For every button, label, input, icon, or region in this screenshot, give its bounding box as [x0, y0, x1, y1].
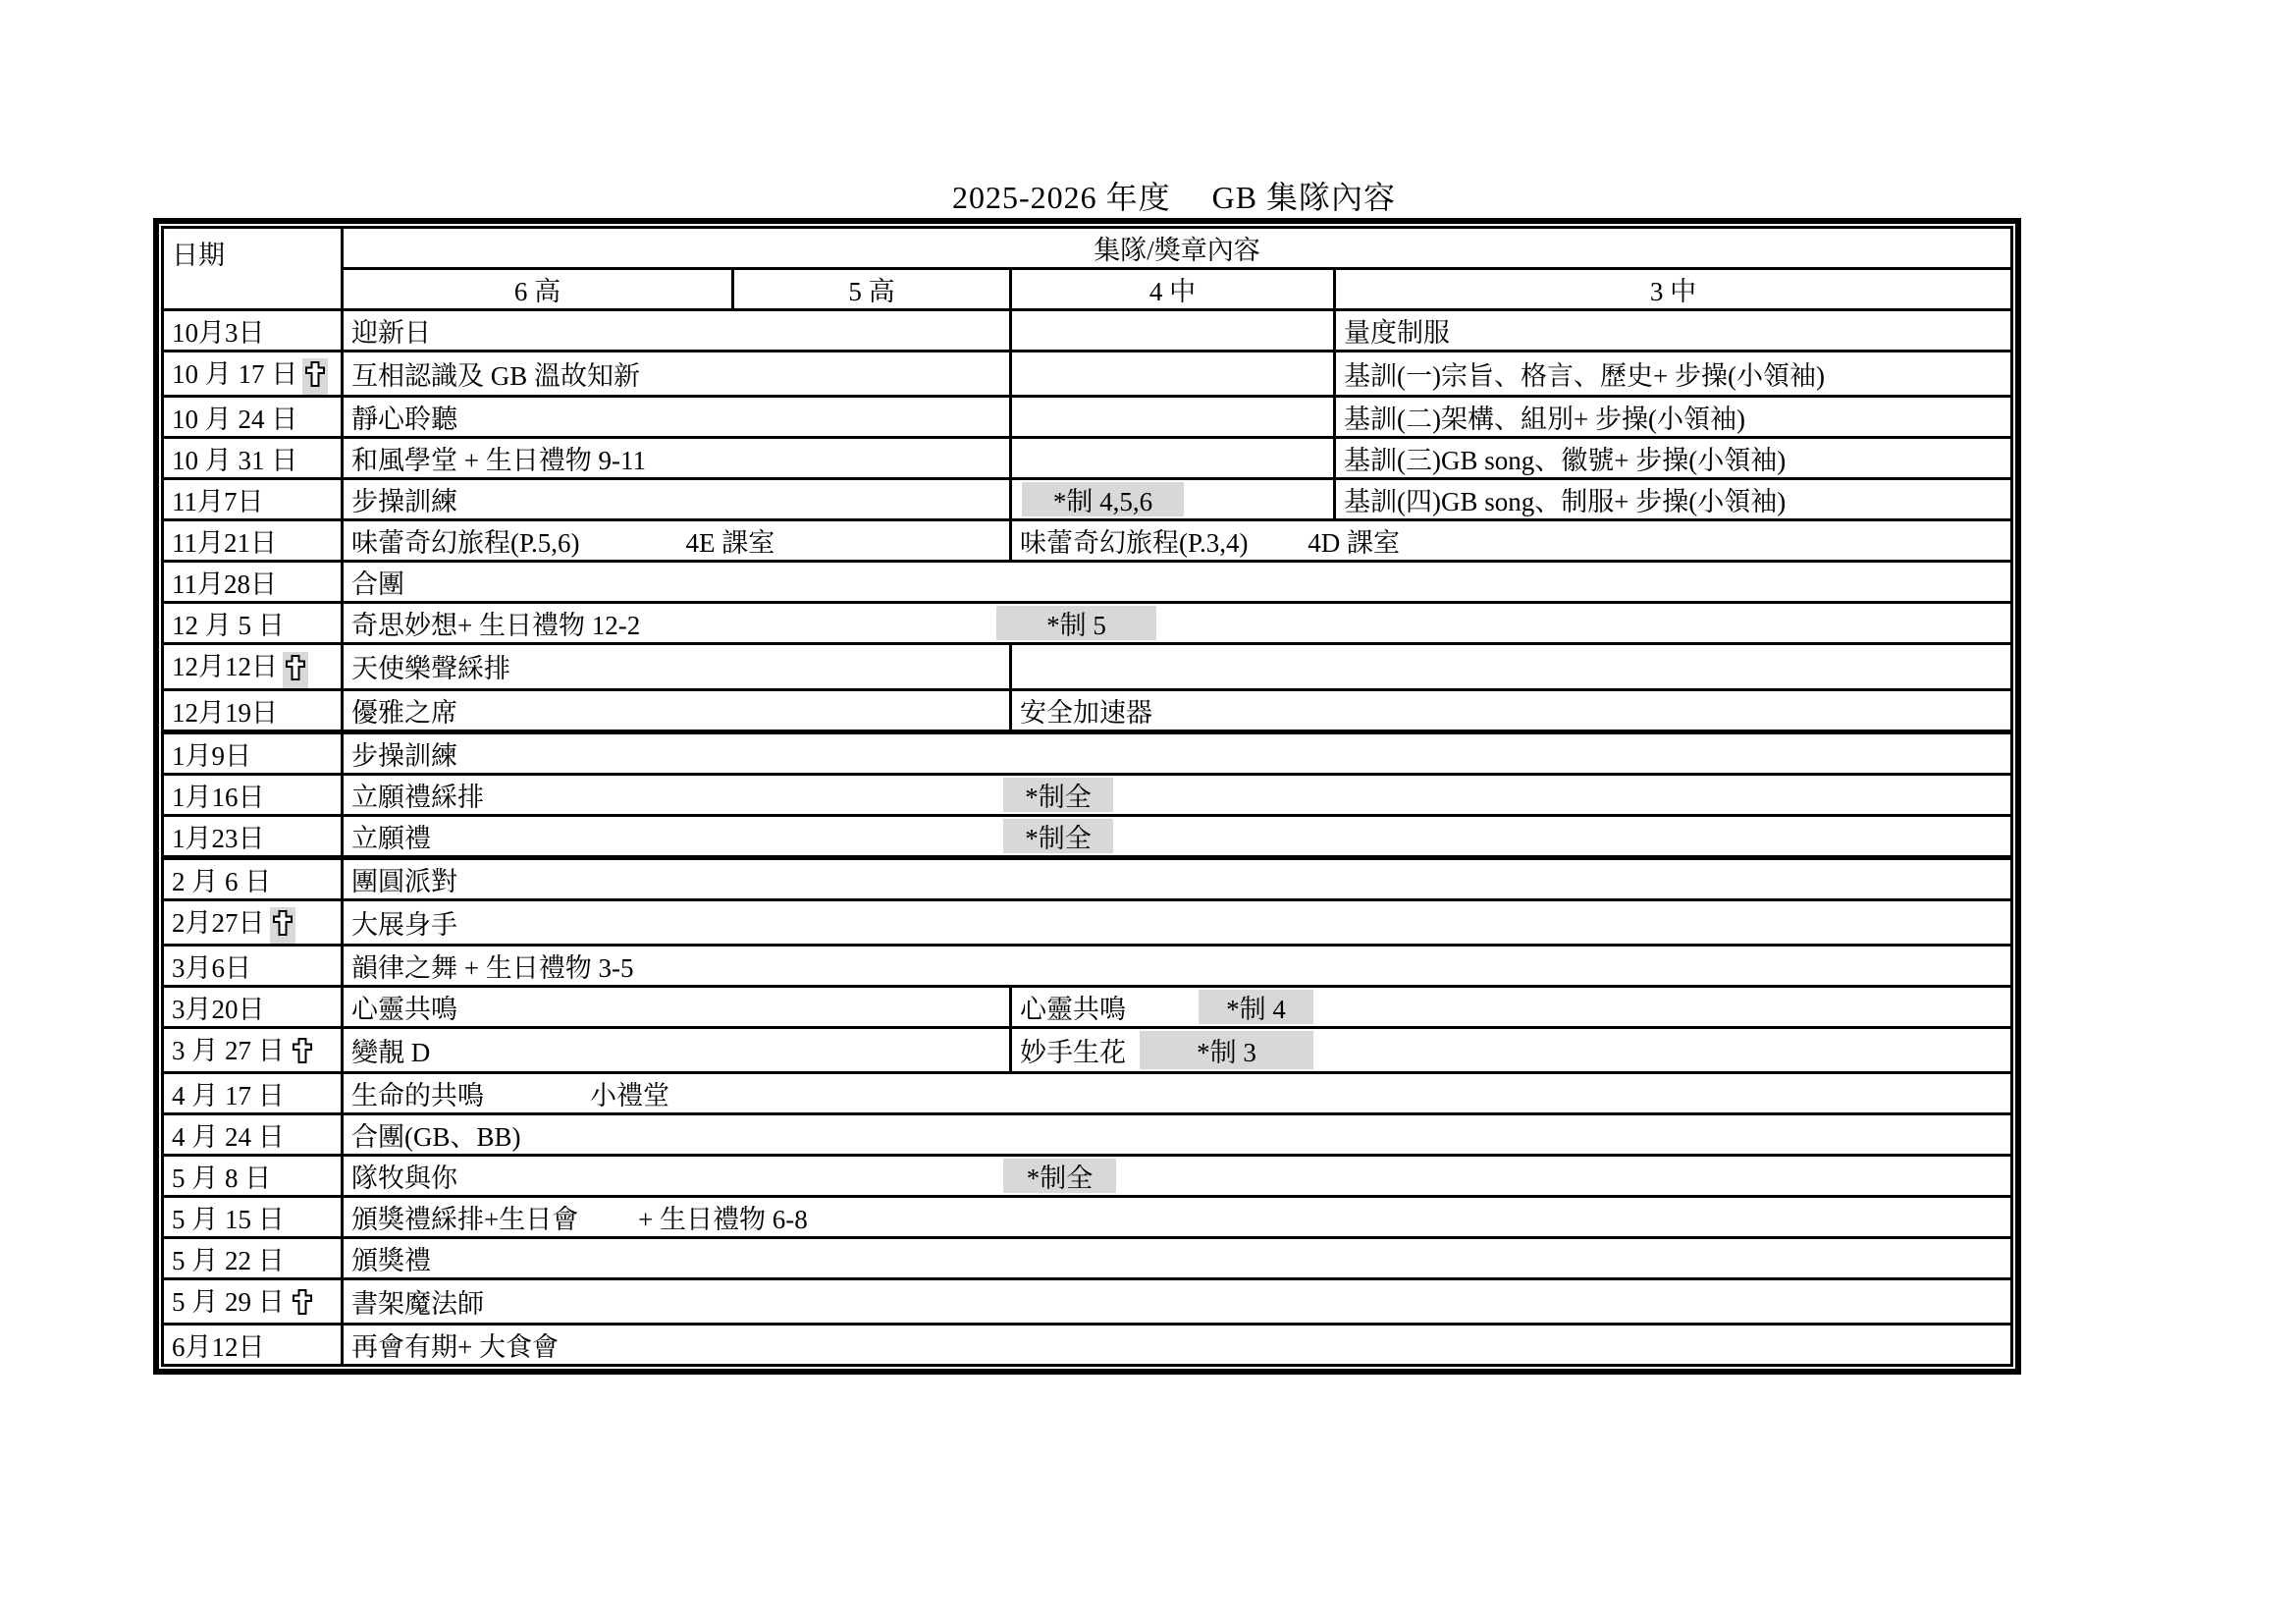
content-cell: 步操訓練 [343, 731, 2012, 774]
date-cell: 4 月 24 日 [163, 1114, 343, 1156]
date-cell: 1月23日 [163, 815, 343, 857]
uniform-highlight: *制 3 [1140, 1031, 1313, 1069]
table-row: 5 月 22 日頒獎禮 [163, 1238, 2012, 1279]
date-cell: 10 月 31 日 [163, 438, 343, 479]
date-text: 10月3日 [172, 318, 265, 348]
content-cell: 頒獎禮綵排+生日會 + 生日禮物 6-8 [343, 1197, 2012, 1238]
cell-text: 基訓(二)架構、組別+ 步操(小領袖) [1344, 405, 1745, 434]
date-cell: 3 月 27 日 [163, 1027, 343, 1072]
content-cell: 優雅之席 [343, 689, 1011, 731]
cell-text: 基訓(四)GB song、制服+ 步操(小領袖) [1344, 487, 1786, 516]
date-text: 3月6日 [172, 953, 251, 983]
group-header-5s: 5 高 [733, 269, 1011, 310]
cell-text: 迎新日 [351, 318, 431, 348]
date-cell: 10 月 24 日 [163, 397, 343, 438]
group-header-4m: 4 中 [1011, 269, 1335, 310]
table-row: 11月7日步操訓練*制 4,5,6基訓(四)GB song、制服+ 步操(小領袖… [163, 479, 2012, 520]
content-cell: 味蕾奇幻旅程(P.3,4) 4D 課室 [1011, 520, 2012, 562]
table-row: 2月27日大展身手 [163, 899, 2012, 945]
group-header-6s: 6 高 [343, 269, 733, 310]
date-cell: 10月3日 [163, 310, 343, 352]
group-header-3m: 3 中 [1335, 269, 2012, 310]
cross-badge [290, 1035, 315, 1071]
cell-text: 生命的共鳴 小禮堂 [351, 1081, 669, 1110]
date-text: 10 月 31 日 [172, 446, 297, 475]
cell-text: 韻律之舞 + 生日禮物 3-5 [351, 953, 633, 983]
date-cell: 3月6日 [163, 945, 343, 986]
content-header: 集隊/獎章內容 [343, 228, 2012, 269]
date-text: 3 月 27 日 [172, 1036, 285, 1065]
date-cell: 6月12日 [163, 1325, 343, 1366]
table-row: 1月9日步操訓練 [163, 731, 2012, 774]
cross-icon [293, 1289, 312, 1315]
cell-text: 頒獎禮 [351, 1246, 431, 1275]
table-row: 12月19日優雅之席安全加速器 [163, 689, 2012, 731]
cell-text: 步操訓練 [351, 487, 457, 516]
date-text: 10 月 17 日 [172, 359, 297, 389]
date-cell: 11月28日 [163, 562, 343, 603]
content-cell: 書架魔法師 [343, 1279, 2012, 1325]
table-row: 4 月 24 日合團(GB、BB) [163, 1114, 2012, 1156]
content-cell: 合團 [343, 562, 2012, 603]
date-text: 1月23日 [172, 824, 265, 853]
table-row: 2 月 6 日團圓派對 [163, 857, 2012, 899]
date-text: 1月16日 [172, 783, 265, 812]
date-text: 12月12日 [172, 652, 278, 681]
content-cell [1011, 644, 2012, 689]
cell-text: 步操訓練 [351, 741, 457, 771]
content-cell: 頒獎禮 [343, 1238, 2012, 1279]
table-row: 6月12日再會有期+ 大食會 [163, 1325, 2012, 1366]
cell-text: 團圓派對 [351, 867, 457, 896]
cross-icon [286, 655, 305, 680]
cross-badge [302, 358, 328, 395]
content-cell: 基訓(四)GB song、制服+ 步操(小領袖) [1335, 479, 2012, 520]
content-cell: 靜心聆聽 [343, 397, 1011, 438]
cell-text: 變靚 D [351, 1038, 430, 1067]
cell-text: 量度制服 [1344, 318, 1450, 348]
content-cell: 步操訓練 [343, 479, 1011, 520]
cell-text: 立願禮 [351, 824, 431, 853]
date-text: 2月27日 [172, 908, 265, 938]
table-row: 11月21日味蕾奇幻旅程(P.5,6) 4E 課室味蕾奇幻旅程(P.3,4) 4… [163, 520, 2012, 562]
content-cell: 基訓(一)宗旨、格言、歷史+ 步操(小領袖) [1335, 352, 2012, 397]
cell-text: 立願禮綵排 [351, 783, 484, 812]
uniform-highlight: *制 4 [1199, 990, 1313, 1024]
uniform-highlight: *制 5 [996, 606, 1156, 640]
date-cell: 3月20日 [163, 986, 343, 1027]
cell-text: 和風學堂 + 生日禮物 9-11 [351, 446, 646, 475]
content-cell: 立願禮綵排*制全 [343, 774, 2012, 815]
content-cell: 安全加速器 [1011, 689, 2012, 731]
table-row: 10 月 24 日靜心聆聽基訓(二)架構、組別+ 步操(小領袖) [163, 397, 2012, 438]
content-cell: 隊牧與你*制全 [343, 1156, 2012, 1197]
table-row: 11月28日合團 [163, 562, 2012, 603]
schedule-table: 日期 集隊/獎章內容 6 高 5 高 4 中 3 中 10月3日迎新日量度制服1… [161, 226, 2013, 1367]
header-row-1: 日期 集隊/獎章內容 [163, 228, 2012, 269]
table-row: 10 月 17 日互相認識及 GB 溫故知新基訓(一)宗旨、格言、歷史+ 步操(… [163, 352, 2012, 397]
content-cell: 心靈共鳴*制 4 [1011, 986, 2012, 1027]
table-row: 5 月 8 日隊牧與你*制全 [163, 1156, 2012, 1197]
cell-text: 書架魔法師 [351, 1289, 484, 1319]
date-text: 5 月 22 日 [172, 1246, 285, 1275]
content-cell: 大展身手 [343, 899, 2012, 945]
content-cell: 互相認識及 GB 溫故知新 [343, 352, 1011, 397]
content-cell: 再會有期+ 大食會 [343, 1325, 2012, 1366]
document-page: 2025-2026 年度 GB 集隊內容 日期 集隊/獎章內容 6 高 5 高 … [0, 0, 2296, 1624]
content-cell: 量度制服 [1335, 310, 2012, 352]
cell-text: 妙手生花 [1020, 1038, 1126, 1067]
table-row: 12月12日天使樂聲綵排 [163, 644, 2012, 689]
cell-text: 味蕾奇幻旅程(P.5,6) 4E 課室 [351, 528, 774, 558]
content-cell [1011, 397, 1335, 438]
date-cell: 10 月 17 日 [163, 352, 343, 397]
schedule-table-frame: 日期 集隊/獎章內容 6 高 5 高 4 中 3 中 10月3日迎新日量度制服1… [153, 218, 2021, 1375]
cell-text: 味蕾奇幻旅程(P.3,4) 4D 課室 [1020, 528, 1400, 558]
table-row: 12 月 5 日奇思妙想+ 生日禮物 12-2*制 5 [163, 603, 2012, 644]
page-title: 2025-2026 年度 GB 集隊內容 [237, 173, 2111, 218]
date-text: 12月19日 [172, 698, 278, 728]
table-row: 3月6日韻律之舞 + 生日禮物 3-5 [163, 945, 2012, 986]
content-cell [1011, 352, 1335, 397]
date-cell: 11月21日 [163, 520, 343, 562]
date-text: 11月21日 [172, 528, 277, 558]
date-text: 5 月 29 日 [172, 1287, 285, 1317]
uniform-highlight: *制 4,5,6 [1022, 482, 1184, 516]
content-cell [1011, 310, 1335, 352]
cell-text: 頒獎禮綵排+生日會 + 生日禮物 6-8 [351, 1205, 808, 1234]
cell-text: 再會有期+ 大食會 [351, 1332, 559, 1362]
uniform-highlight: *制全 [1003, 1159, 1116, 1193]
content-cell: 味蕾奇幻旅程(P.5,6) 4E 課室 [343, 520, 1011, 562]
content-cell [1011, 438, 1335, 479]
date-text: 4 月 24 日 [172, 1122, 285, 1152]
date-cell: 2 月 6 日 [163, 857, 343, 899]
date-cell: 1月16日 [163, 774, 343, 815]
table-row: 3 月 27 日變靚 D妙手生花*制 3 [163, 1027, 2012, 1072]
schedule-table-head: 日期 集隊/獎章內容 6 高 5 高 4 中 3 中 [163, 228, 2012, 310]
content-cell: 迎新日 [343, 310, 1011, 352]
date-cell: 5 月 29 日 [163, 1279, 343, 1325]
content-cell: 和風學堂 + 生日禮物 9-11 [343, 438, 1011, 479]
date-text: 5 月 8 日 [172, 1164, 271, 1193]
date-column-header: 日期 [163, 228, 343, 310]
content-cell: 妙手生花*制 3 [1011, 1027, 2012, 1072]
date-text: 4 月 17 日 [172, 1081, 285, 1110]
date-cell: 5 月 15 日 [163, 1197, 343, 1238]
cell-text: 基訓(三)GB song、徽號+ 步操(小領袖) [1344, 446, 1786, 475]
date-cell: 5 月 22 日 [163, 1238, 343, 1279]
content-cell: 韻律之舞 + 生日禮物 3-5 [343, 945, 2012, 986]
content-cell: 基訓(二)架構、組別+ 步操(小領袖) [1335, 397, 2012, 438]
cell-text: 互相認識及 GB 溫故知新 [351, 361, 640, 391]
cell-text: 隊牧與你 [351, 1164, 457, 1193]
date-text: 11月28日 [172, 569, 277, 599]
table-row: 4 月 17 日生命的共鳴 小禮堂 [163, 1073, 2012, 1114]
date-text: 10 月 24 日 [172, 405, 297, 434]
cross-icon [293, 1038, 312, 1063]
cell-text: 靜心聆聽 [351, 405, 457, 434]
cross-icon [273, 910, 293, 936]
date-text: 1月9日 [172, 741, 251, 771]
content-cell: 變靚 D [343, 1027, 1011, 1072]
date-text: 5 月 15 日 [172, 1205, 285, 1234]
uniform-highlight: *制全 [1003, 819, 1113, 853]
date-text: 6月12日 [172, 1332, 265, 1362]
cell-text: 心靈共鳴 [351, 995, 457, 1024]
cell-text: 優雅之席 [351, 698, 457, 728]
date-cell: 1月9日 [163, 731, 343, 774]
cross-badge [290, 1286, 315, 1323]
date-text: 3月20日 [172, 995, 265, 1024]
cross-icon [305, 361, 325, 387]
cross-badge [270, 907, 295, 944]
cell-text: 合團(GB、BB) [351, 1122, 521, 1152]
date-cell: 12月12日 [163, 644, 343, 689]
content-cell: 奇思妙想+ 生日禮物 12-2*制 5 [343, 603, 2012, 644]
header-row-2: 6 高 5 高 4 中 3 中 [163, 269, 2012, 310]
cell-text: 天使樂聲綵排 [351, 654, 510, 683]
cross-badge [283, 652, 308, 688]
date-text: 11月7日 [172, 487, 264, 516]
date-text: 2 月 6 日 [172, 867, 271, 896]
date-cell: 12月19日 [163, 689, 343, 731]
schedule-body: 10月3日迎新日量度制服10 月 17 日互相認識及 GB 溫故知新基訓(一)宗… [163, 310, 2012, 1366]
table-row: 3月20日心靈共鳴心靈共鳴*制 4 [163, 986, 2012, 1027]
table-row: 5 月 29 日書架魔法師 [163, 1279, 2012, 1325]
date-cell: 2月27日 [163, 899, 343, 945]
cell-text: 心靈共鳴 [1020, 995, 1126, 1024]
cell-text: 合團 [351, 569, 404, 599]
content-cell: *制 4,5,6 [1011, 479, 1335, 520]
date-cell: 4 月 17 日 [163, 1073, 343, 1114]
cell-text: 基訓(一)宗旨、格言、歷史+ 步操(小領袖) [1344, 361, 1825, 391]
table-row: 10 月 31 日和風學堂 + 生日禮物 9-11基訓(三)GB song、徽號… [163, 438, 2012, 479]
content-cell: 生命的共鳴 小禮堂 [343, 1073, 2012, 1114]
date-cell: 11月7日 [163, 479, 343, 520]
date-cell: 5 月 8 日 [163, 1156, 343, 1197]
table-row: 1月16日立願禮綵排*制全 [163, 774, 2012, 815]
cell-text: 奇思妙想+ 生日禮物 12-2 [351, 611, 640, 640]
content-cell: 基訓(三)GB song、徽號+ 步操(小領袖) [1335, 438, 2012, 479]
content-cell: 天使樂聲綵排 [343, 644, 1011, 689]
cell-text: 大展身手 [351, 910, 457, 940]
content-cell: 立願禮*制全 [343, 815, 2012, 857]
date-cell: 12 月 5 日 [163, 603, 343, 644]
cell-text: 安全加速器 [1020, 698, 1152, 728]
table-row: 1月23日立願禮*制全 [163, 815, 2012, 857]
table-row: 10月3日迎新日量度制服 [163, 310, 2012, 352]
uniform-highlight: *制全 [1003, 778, 1113, 812]
content-cell: 心靈共鳴 [343, 986, 1011, 1027]
content-cell: 合團(GB、BB) [343, 1114, 2012, 1156]
table-row: 5 月 15 日頒獎禮綵排+生日會 + 生日禮物 6-8 [163, 1197, 2012, 1238]
date-text: 12 月 5 日 [172, 611, 285, 640]
content-cell: 團圓派對 [343, 857, 2012, 899]
